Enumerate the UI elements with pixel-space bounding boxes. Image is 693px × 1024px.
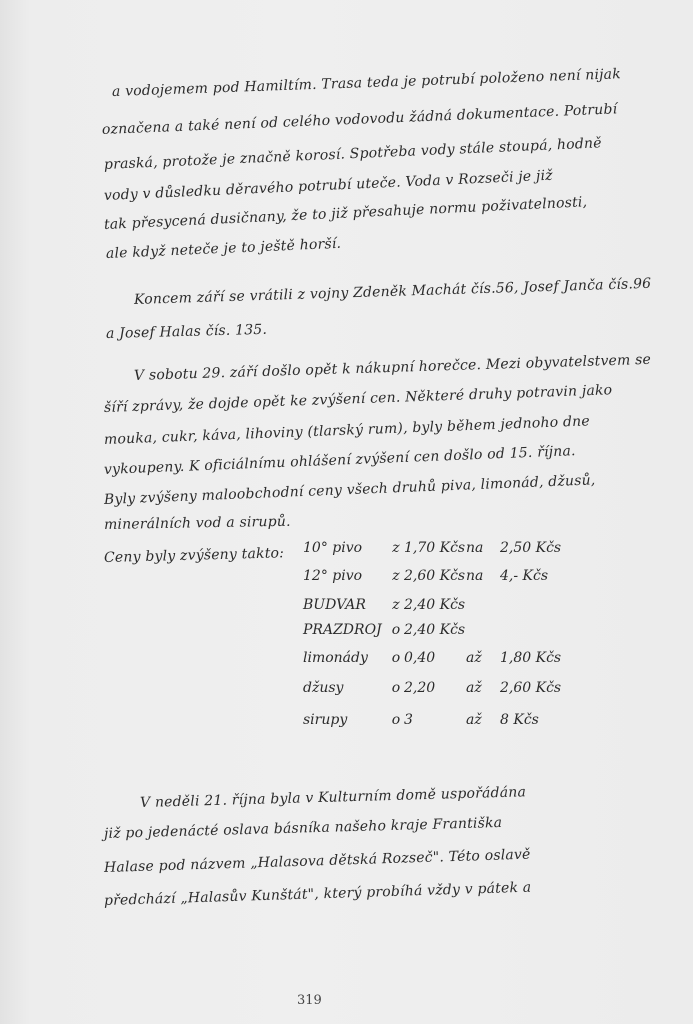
price-separator: o: [388, 622, 404, 638]
price-from: 2,60 Kčs: [404, 568, 466, 584]
text-line: označena a také není od celého vodovodu …: [102, 101, 618, 138]
price-connector: na: [466, 568, 500, 584]
price-to: 8 Kčs: [500, 712, 570, 728]
price-row: sirupyo3až8 Kčs: [303, 712, 570, 728]
price-to: 2,60 Kčs: [500, 680, 570, 696]
text-line: praská, protože je značně korosí. Spotře…: [104, 135, 602, 173]
text-line: a Josef Halas čís. 135.: [106, 322, 268, 342]
price-to: 1,80 Kčs: [500, 650, 570, 666]
price-separator: o: [388, 712, 404, 728]
price-item: BUDVAR: [303, 597, 388, 613]
text-line: Byly zvýšeny maloobchodní ceny všech dru…: [104, 472, 596, 508]
text-line: Halase pod názvem „Halasova dětská Rozse…: [104, 847, 531, 876]
price-from: 3: [404, 712, 466, 728]
text-line: šíří zprávy, že dojde opět ke zvýšení ce…: [104, 382, 613, 416]
handwritten-page: a vodojemem pod Hamiltím. Trasa teda je …: [0, 0, 693, 1024]
price-separator: z: [388, 540, 404, 556]
price-separator: z: [388, 568, 404, 584]
price-item: PRAZDROJ: [303, 622, 388, 638]
price-to: 4,- Kčs: [500, 568, 570, 584]
text-line: Koncem září se vrátili z vojny Zdeněk Ma…: [134, 276, 652, 308]
price-to: 2,50 Kčs: [500, 540, 570, 556]
text-line: ale když neteče je to ještě horší.: [106, 236, 342, 262]
price-item: sirupy: [303, 712, 388, 728]
price-connector: až: [466, 650, 500, 666]
price-from: 2,20: [404, 680, 466, 696]
price-row: 10° pivoz1,70 Kčsna2,50 Kčs: [303, 540, 570, 556]
price-from: 0,40: [404, 650, 466, 666]
price-row: PRAZDROJo2,40 Kčs: [303, 622, 570, 638]
price-row: džusyo2,20až2,60 Kčs: [303, 680, 570, 696]
text-line: již po jedenácté oslava básníka našeho k…: [104, 815, 503, 842]
price-connector: na: [466, 540, 500, 556]
price-list-intro: Ceny byly zvýšeny takto:: [104, 545, 285, 566]
price-item: limonády: [303, 650, 388, 666]
price-item: 12° pivo: [303, 568, 388, 584]
price-row: 12° pivoz2,60 Kčsna4,- Kčs: [303, 568, 570, 584]
price-item: 10° pivo: [303, 540, 388, 556]
text-line: V neděli 21. října byla v Kulturním domě…: [140, 784, 526, 811]
price-item: džusy: [303, 680, 388, 696]
price-row: limonádyo0,40až1,80 Kčs: [303, 650, 570, 666]
price-separator: z: [388, 597, 404, 613]
price-from: 1,70 Kčs: [404, 540, 466, 556]
page-number: 319: [297, 993, 322, 1008]
price-row: BUDVARz2,40 Kčs: [303, 597, 570, 613]
text-line: minerálních vod a sirupů.: [104, 514, 291, 533]
text-line: V sobotu 29. září došlo opět k nákupní h…: [134, 352, 652, 384]
price-separator: o: [388, 650, 404, 666]
text-line: a vodojemem pod Hamiltím. Trasa teda je …: [112, 66, 621, 100]
text-line: mouka, cukr, káva, lihoviny (tlarský rum…: [104, 413, 590, 448]
price-connector: až: [466, 680, 500, 696]
price-separator: o: [388, 680, 404, 696]
price-from: 2,40 Kčs: [404, 597, 466, 613]
price-connector: až: [466, 712, 500, 728]
text-line: vykoupeny. K oficiálnímu ohlášení zvýšen…: [104, 443, 576, 478]
price-from: 2,40 Kčs: [404, 622, 466, 638]
text-line: předchází „Halasův Kunštát", který probí…: [104, 880, 532, 909]
